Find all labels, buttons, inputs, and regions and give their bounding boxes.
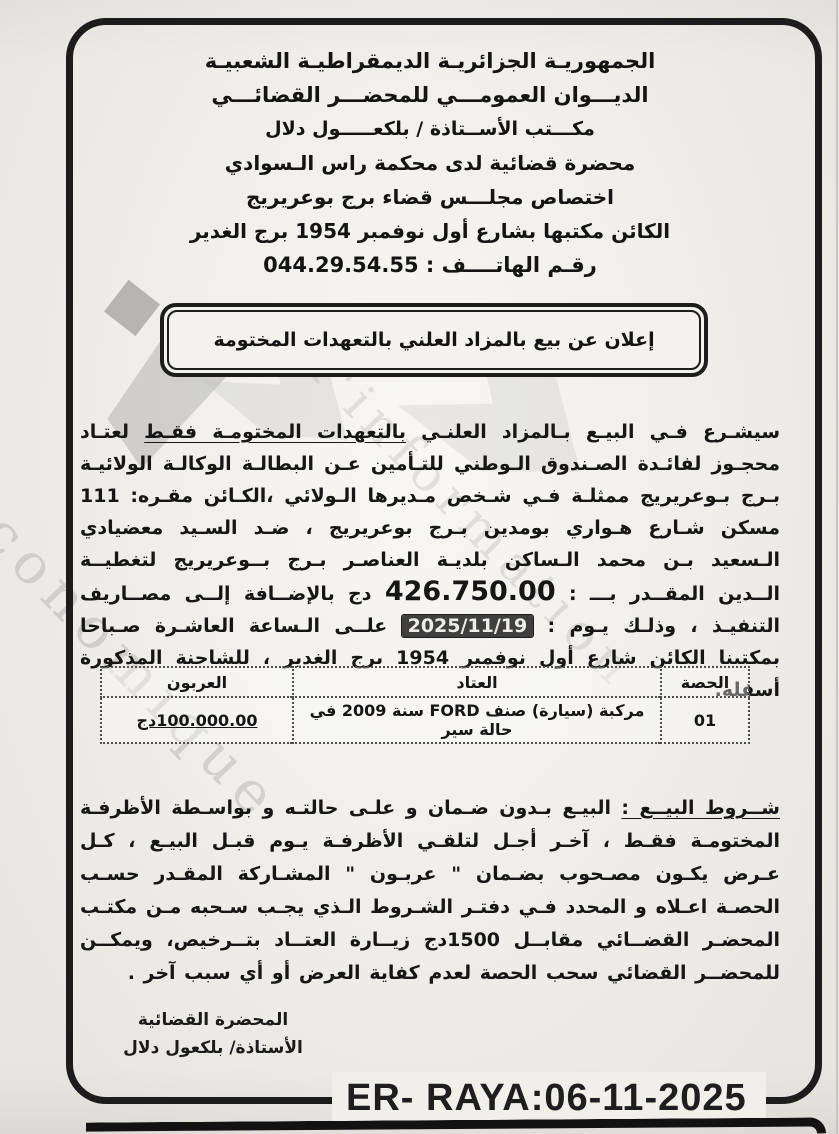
next-ad-top-border — [86, 1117, 826, 1134]
body-text: سيشـرع فـي البيـع بـالمزاد العلنـي — [406, 421, 780, 443]
deposit-cell: 100.000.00دج — [101, 697, 293, 743]
announcement-title: إعلان عن بيع بالمزاد العلني بالتعهدات ال… — [167, 310, 701, 370]
letterhead-line-phone: رقـم الهاتــــف : 044.29.54.55 — [110, 248, 750, 282]
letterhead-line-bailiff-name: مكـــتب الأســتاذة / بلكعـــــول دلال — [110, 112, 750, 146]
newspaper-column-rule — [836, 0, 838, 1134]
conditions-heading: شــروط البيــع : — [621, 797, 780, 819]
letterhead-line-jurisdiction: اختصاص مجلـــس قضاء برج بوعريريج — [110, 180, 750, 214]
column-header-deposit: العربون — [101, 667, 293, 697]
signature-title: المحضرة القضائية — [108, 1006, 318, 1034]
body-underlined-phrase: بالتعهدات المختومـة فقـط — [144, 421, 406, 443]
conditions-text: البيـع بـدون ضـمان و علـى حالتـه و بواسـ… — [80, 797, 780, 984]
auction-date-highlight: 2025/11/19 — [402, 615, 534, 637]
lot-number-cell: 01 — [661, 697, 749, 743]
newspaper-date-stamp: ER- RAYA:06-11-2025 — [346, 1077, 766, 1120]
letterhead: الجمهوريـة الجزائريـة الديمقراطيـة الشعب… — [110, 44, 750, 282]
signature-block: المحضرة القضائية الأستاذة/ بلكعول دلال — [108, 1006, 318, 1062]
letterhead-line-court: محضرة قضائية لدى محكمة راس الـسوادي — [110, 146, 750, 180]
letterhead-line-office: الديـــوان العمومـــي للمحضـــر القضائــ… — [110, 78, 750, 112]
equipment-cell: مركبة (سيارة) صنف FORD سنة 2009 في حالة … — [293, 697, 661, 743]
auction-body-paragraph: سيشـرع فـي البيـع بـالمزاد العلنـي بالتع… — [80, 416, 780, 706]
table-header-row: الحصة العتاد العربون — [101, 667, 749, 697]
debt-amount: 426.750.00 — [385, 576, 556, 607]
lots-table: الحصة العتاد العربون 01 مركبة (سيارة) صن… — [100, 666, 750, 744]
table-row: 01 مركبة (سيارة) صنف FORD سنة 2009 في حا… — [101, 697, 749, 743]
sale-conditions-paragraph: شــروط البيــع : البيـع بـدون ضـمان و عل… — [80, 792, 780, 990]
column-header-lot: الحصة — [661, 667, 749, 697]
column-header-equipment: العتاد — [293, 667, 661, 697]
announcement-title-box: إعلان عن بيع بالمزاد العلني بالتعهدات ال… — [160, 303, 708, 377]
signature-name: الأستاذة/ بلكعول دلال — [108, 1034, 318, 1062]
letterhead-line-address: الكائن مكتبها بشارع أول نوفمبر 1954 برج … — [110, 214, 750, 248]
letterhead-line-republic: الجمهوريـة الجزائريـة الديمقراطيـة الشعب… — [110, 44, 750, 78]
